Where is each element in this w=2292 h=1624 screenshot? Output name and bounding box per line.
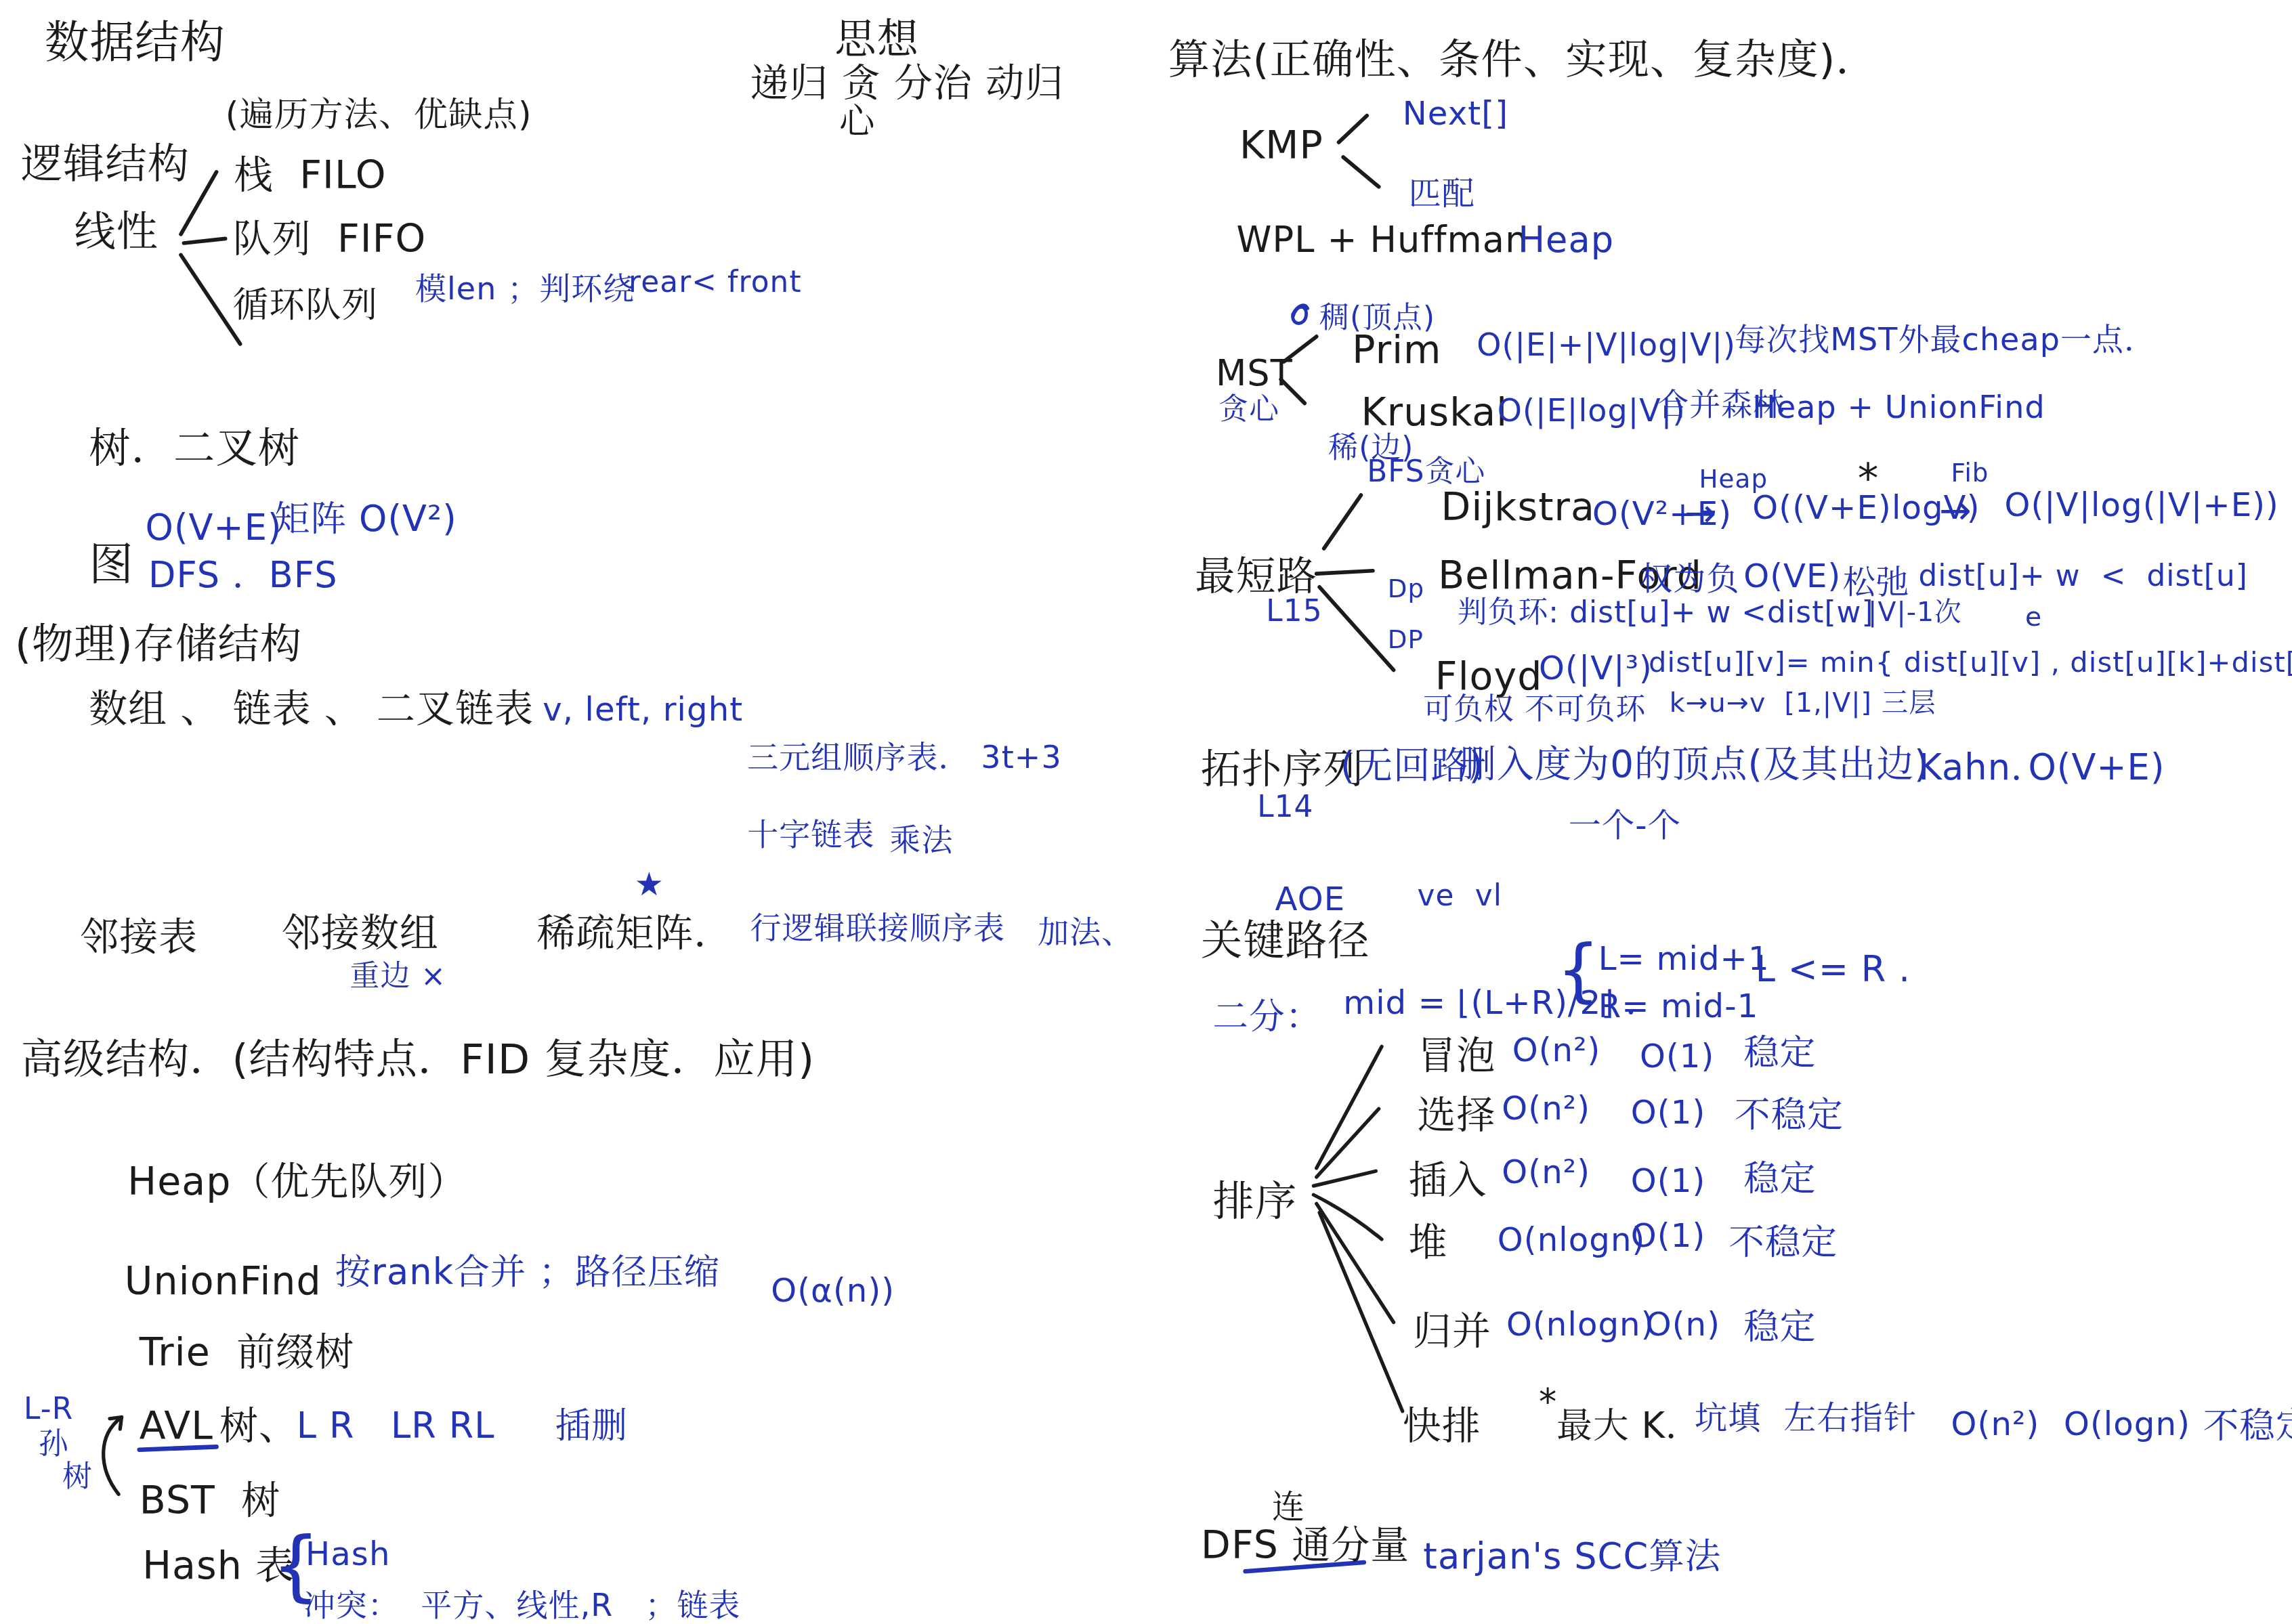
linear-fork-lower — [181, 255, 240, 343]
heading-advanced-structures: 高级结构．(结构特点．FID 复杂度．应用) — [21, 1038, 815, 1081]
note-quick-time: O(n²) — [1951, 1408, 2040, 1443]
node-tree-binary-tree: 树．二叉树 — [89, 427, 300, 470]
node-adjacency-list: 邻接表 — [80, 919, 198, 960]
note-heapsort-space: O(1) — [1631, 1220, 1706, 1254]
handwritten-notes-page: 数据结构(遍历方法、优缺点)逻辑结构线性栈 FILO队列 FIFO循环队列模le… — [0, 0, 2292, 1624]
sort-fan-insertion — [1313, 1171, 1376, 1186]
note-traversal-pros-cons: (遍历方法、优缺点) — [226, 98, 532, 133]
note-quick-pit-pointers: 坑填 左右指针 — [1695, 1403, 1917, 1437]
note-huffman-heap: Heap — [1518, 222, 1614, 259]
dijkstra-arrow-2: → — [1939, 492, 1972, 533]
note-binary-l: L= mid+1 — [1598, 943, 1770, 977]
note-l15: L15 — [1266, 596, 1322, 627]
node-graph: 图 — [89, 542, 134, 589]
note-bubble-stable: 稳定 — [1743, 1035, 1816, 1072]
note-dp-lower: DP — [1388, 628, 1424, 655]
title-data-structure: 数据结构 — [45, 21, 226, 68]
node-union-find: UnionFind — [125, 1263, 322, 1304]
linear-fork-middle — [184, 238, 225, 243]
node-heap-sort: 堆 — [1408, 1224, 1447, 1265]
node-binary-search: 二分： — [1213, 999, 1322, 1036]
note-bf-iterations: |V|-1次 — [1868, 601, 1962, 628]
star-scribble-icon: ★ — [635, 869, 664, 903]
note-selection-space: O(1) — [1631, 1097, 1706, 1132]
margin-note-sun: 孙 — [39, 1429, 69, 1460]
note-dijkstra-bfs-greedy: BFS贪心 — [1367, 456, 1485, 488]
node-circular-queue: 循环队列 — [233, 288, 379, 325]
node-sorting: 排序 — [1213, 1180, 1298, 1223]
note-one-by-one: 一个-个 — [1569, 809, 1681, 844]
note-cross-linked-list: 十字链表 — [747, 818, 874, 851]
note-avl-rotations: L R LR RL 插删 — [297, 1408, 628, 1445]
note-quick-unstable: 不稳定 — [2203, 1408, 2292, 1445]
node-kruskal: Kruskal — [1361, 394, 1508, 435]
node-adjacency-array: 邻接数组 — [282, 915, 439, 956]
note-selection-unstable: 不稳定 — [1735, 1097, 1844, 1134]
note-thought-list: 递归 贪 分治 动归 — [750, 65, 1065, 106]
node-heap-priority-queue: Heap（优先队列） — [127, 1163, 467, 1204]
node-topological-order: 拓扑序列 — [1201, 750, 1364, 792]
note-v-left-right: v, left, right — [543, 693, 743, 728]
binary-brace: { — [1556, 934, 1600, 1006]
note-selection-time: O(n²) — [1502, 1092, 1590, 1127]
heading-thought: 思想 — [834, 18, 919, 61]
node-linear: 线性 — [74, 211, 158, 254]
note-bf-w-subscript: e — [2025, 605, 2042, 633]
note-insertion-stable: 稳定 — [1743, 1161, 1816, 1198]
dijkstra-arrow-1: → — [1684, 495, 1718, 536]
sort-fan-bubble — [1317, 1046, 1382, 1168]
node-sparse-matrix: 稀疏矩阵． — [536, 915, 733, 956]
note-circular-queue-rear: rear< front — [629, 267, 802, 298]
note-floyd-negative: 可负权 不可负环 — [1423, 693, 1646, 725]
node-mst: MST — [1216, 356, 1293, 393]
note-quick-space: O(logn) — [2064, 1408, 2190, 1443]
note-lian-insert: 连 — [1272, 1491, 1305, 1526]
note-bf-negative-weight: 权为负 — [1640, 563, 1740, 598]
node-kmp: KMP — [1239, 127, 1323, 168]
node-bubble-sort: 冒泡 — [1418, 1038, 1496, 1078]
margin-note-shu: 树 — [62, 1461, 93, 1493]
shortest-fork-middle — [1317, 571, 1373, 574]
node-dijkstra: Dijkstra — [1441, 489, 1595, 530]
note-dp-upper: Dp — [1388, 578, 1424, 605]
note-binary-cond: L <= R . — [1756, 952, 1911, 989]
node-bst: BST 树 — [140, 1482, 281, 1523]
heading-logical-structure: 逻辑结构 — [21, 142, 190, 186]
note-floyd-complexity: O(|V|³) — [1539, 652, 1653, 687]
note-heapsort-unstable: 不稳定 — [1728, 1224, 1838, 1262]
bst-avl-arrow-head-b — [120, 1417, 121, 1430]
note-ve-vl: ve vl — [1418, 880, 1502, 912]
note-topo-delete-indegree: 删入度为0的顶点(及其出边) — [1459, 746, 1930, 784]
heading-physical-storage: (物理)存储结构 — [15, 622, 302, 666]
note-insertion-space: O(1) — [1631, 1165, 1706, 1199]
note-addition: 加法、 — [1038, 916, 1133, 949]
node-insertion-sort: 插入 — [1408, 1162, 1487, 1203]
shortest-fork-lower — [1319, 587, 1393, 670]
note-prim-complexity: O(|E|+|V|log|V|) — [1477, 329, 1736, 362]
note-duplicate-edge: 重边 × — [350, 960, 447, 991]
note-row-logic-table: 行逻辑联接顺序表 — [750, 912, 1005, 944]
note-binary-r: R= mid-1 — [1598, 990, 1759, 1025]
note-bubble-space: O(1) — [1640, 1041, 1715, 1075]
note-bf-formula: dist[u]+ w < dist[u] — [1918, 560, 2247, 591]
note-merge-time: O(nlogn) — [1506, 1309, 1655, 1344]
note-bubble-time: O(n²) — [1512, 1035, 1601, 1069]
note-dijkstra-fib: Fib — [1951, 463, 1989, 489]
node-merge-sort: 归并 — [1413, 1313, 1491, 1354]
sort-fan-quick — [1319, 1213, 1403, 1411]
node-avl-tree-suffix: 树、 — [219, 1408, 298, 1449]
note-mst-greedy: 贪心 — [1218, 394, 1279, 425]
node-avl: AVL — [140, 1408, 213, 1449]
note-circular-queue-mod: 模len ；判环绕 — [415, 273, 635, 305]
note-floyd-formula: dist[u][v]= min{ dist[u][v] , dist[u][k]… — [1649, 649, 2292, 679]
note-kmp-match: 匹配 — [1408, 178, 1475, 213]
node-quick-sort: 快排 — [1403, 1408, 1481, 1449]
node-wpl-huffman: WPL + Huffman — [1237, 222, 1529, 259]
note-prim-idea: 每次找MST外最cheap一点． — [1735, 323, 2156, 356]
note-quick-max-k: 最大 K． — [1556, 1408, 1701, 1445]
note-tarjan-scc: tarjan's SCC算法 — [1423, 1539, 1721, 1576]
node-dfs-connected-component: DFS 通分量 — [1201, 1527, 1409, 1568]
note-union-find-rank: 按rank合并 ；路径压缩 — [335, 1254, 721, 1291]
sort-fan-merge — [1317, 1203, 1394, 1322]
node-trie: Trie 前缀树 — [140, 1334, 354, 1375]
note-graph-ove: O(V+E) — [146, 510, 282, 547]
note-heapsort-time: O(nlogn) — [1498, 1224, 1646, 1259]
node-prim: Prim — [1352, 332, 1441, 372]
note-l14: L14 — [1257, 792, 1313, 823]
margin-note-lr: L-R — [24, 1394, 73, 1425]
note-bf-negative-cycle: 判负环: dist[u]+ w <dist[w] — [1458, 597, 1874, 628]
shortest-fork-upper — [1324, 495, 1361, 549]
node-selection-sort: 选择 — [1418, 1097, 1496, 1138]
node-critical-path: 关键路径 — [1201, 919, 1370, 962]
kmp-fork-upper — [1339, 116, 1367, 142]
node-queue: 队列 FIFO — [233, 221, 427, 261]
note-topo-complexity: O(V+E) — [2028, 750, 2165, 788]
dijkstra-star-icon: * — [1858, 456, 1880, 500]
note-multiplication: 乘法 — [889, 824, 953, 857]
note-graph-dfs-bfs: DFS ．BFS — [148, 557, 338, 595]
note-triple-table: 三元组顺序表． 3t+3 — [747, 741, 1062, 773]
node-array-list: 数组 、 链表 、 二叉链表 — [89, 691, 534, 731]
kmp-fork-lower — [1343, 157, 1379, 187]
note-merge-space: O(n) — [1646, 1309, 1720, 1344]
note-union-find-complexity: O(α(n)) — [771, 1275, 895, 1309]
note-bf-complexity: O(VE) — [1743, 560, 1841, 595]
title-algorithm: 算法(正确性、条件、实现、复杂度)． — [1168, 39, 1878, 82]
node-stack: 栈 FILO — [234, 157, 387, 198]
note-hash-function: Hash — [305, 1539, 391, 1573]
note-kruskal-structures: Heap + UnionFind — [1752, 391, 2045, 424]
note-kmp-next: Next[] — [1403, 98, 1508, 132]
note-greedy-heart: 心 — [839, 104, 876, 141]
note-graph-matrix: 矩阵 O(V²) — [274, 501, 457, 538]
note-dijkstra-c3: O(|V|log(|V|+E)) — [2004, 489, 2279, 523]
note-aoe: AOE — [1275, 884, 1345, 918]
prim-dense-scribble — [1293, 305, 1308, 324]
note-merge-stable: 稳定 — [1743, 1309, 1816, 1346]
note-insertion-time: O(n²) — [1502, 1156, 1590, 1191]
sort-fan-selection — [1317, 1109, 1379, 1177]
quick-sort-star-icon: * — [1539, 1384, 1557, 1422]
note-floyd-layers: k→u→v [1,|V|] 三层 — [1670, 691, 1936, 719]
note-hash-conflict: 冲突： 平方、线性,R ；链表 — [304, 1589, 741, 1622]
